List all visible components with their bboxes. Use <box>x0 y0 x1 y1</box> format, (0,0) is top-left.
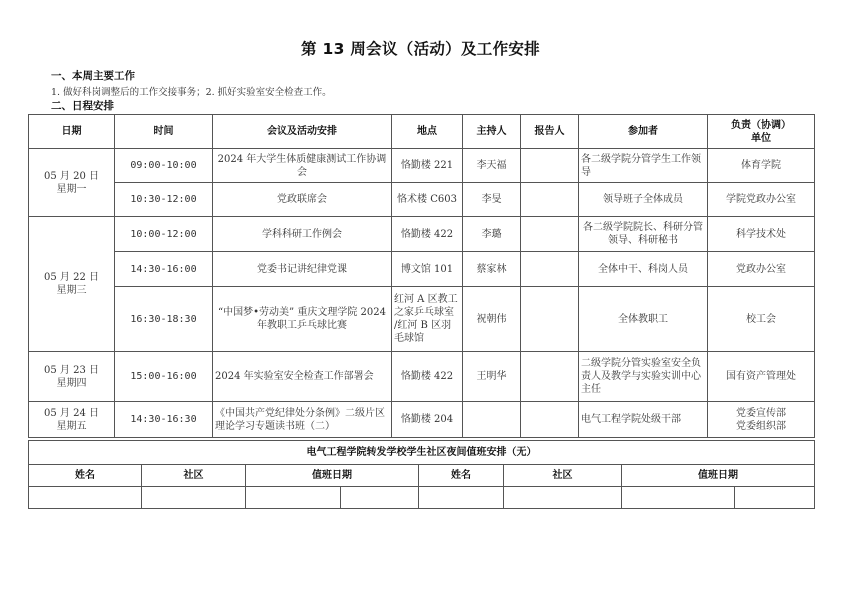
attendees-cell: 全体教职工 <box>579 287 708 352</box>
night-duty-table: 电气工程学院转发学校学生社区夜间值班安排（无） 姓名 社区 值班日期 姓名 社区… <box>28 440 815 509</box>
host-cell: 李旻 <box>463 183 521 217</box>
attendees-cell: 全体中干、科岗人员 <box>579 252 708 287</box>
duty-header-row: 姓名 社区 值班日期 姓名 社区 值班日期 <box>29 465 815 487</box>
duty-cell <box>29 487 142 509</box>
attendees-cell: 二级学院分管实验室安全负责人及教学与实验实训中心主任 <box>579 352 708 402</box>
duty-header-community: 社区 <box>504 465 622 487</box>
attendees-cell: 各二级学院院长、科研分管领导、科研秘书 <box>579 217 708 252</box>
header-time: 时间 <box>115 115 213 149</box>
reporter-cell <box>521 183 579 217</box>
header-place: 地点 <box>392 115 463 149</box>
duty-cell <box>735 487 815 509</box>
header-attendees: 参加者 <box>579 115 708 149</box>
owner-cell: 国有资产管理处 <box>708 352 815 402</box>
time-cell: 14:30-16:00 <box>115 252 213 287</box>
section-heading-main-work: 一、本周主要工作 <box>51 68 135 83</box>
main-work-text: 1. 做好科岗调整后的工作交接事务；2. 抓好实验室安全检查工作。 <box>51 84 332 98</box>
table-row: 10:30-12:00 党政联席会 恪术楼 C603 李旻 领导班子全体成员 学… <box>29 183 815 217</box>
event-cell: 《中国共产党纪律处分条例》二级片区理论学习专题读书班（二） <box>213 402 392 438</box>
table-row: 16:30-18:30 “中国梦•劳动美” 重庆文理学院 2024 年教职工乒乓… <box>29 287 815 352</box>
host-cell: 蔡家林 <box>463 252 521 287</box>
duty-header-date: 值班日期 <box>246 465 419 487</box>
event-cell: 党政联席会 <box>213 183 392 217</box>
time-cell: 10:30-12:00 <box>115 183 213 217</box>
place-cell: 恪勤楼 422 <box>392 352 463 402</box>
duty-cell <box>142 487 246 509</box>
time-cell: 09:00-10:00 <box>115 149 213 183</box>
attendees-cell: 领导班子全体成员 <box>579 183 708 217</box>
event-cell: “中国梦•劳动美” 重庆文理学院 2024 年教职工乒乓球比赛 <box>213 287 392 352</box>
duty-header-community: 社区 <box>142 465 246 487</box>
table-row: 05 月 20 日星期一 09:00-10:00 2024 年大学生体质健康测试… <box>29 149 815 183</box>
place-cell: 恪勤楼 221 <box>392 149 463 183</box>
duty-header-date: 值班日期 <box>622 465 815 487</box>
header-event: 会议及活动安排 <box>213 115 392 149</box>
date-cell: 05 月 22 日星期三 <box>29 217 115 352</box>
duty-header-name: 姓名 <box>419 465 504 487</box>
table-row: 05 月 23 日星期四 15:00-16:00 2024 年实验室安全检查工作… <box>29 352 815 402</box>
duty-cell <box>419 487 504 509</box>
event-cell: 学科科研工作例会 <box>213 217 392 252</box>
host-cell: 祝朝伟 <box>463 287 521 352</box>
place-cell: 恪勤楼 422 <box>392 217 463 252</box>
attendees-cell: 电气工程学院处级干部 <box>579 402 708 438</box>
duty-cell <box>341 487 419 509</box>
owner-cell: 体育学院 <box>708 149 815 183</box>
header-owner: 负责（协调）单位 <box>708 115 815 149</box>
reporter-cell <box>521 252 579 287</box>
header-date: 日期 <box>29 115 115 149</box>
owner-cell: 学院党政办公室 <box>708 183 815 217</box>
table-row: 05 月 24 日星期五 14:30-16:30 《中国共产党纪律处分条例》二级… <box>29 402 815 438</box>
event-cell: 2024 年实验室安全检查工作部署会 <box>213 352 392 402</box>
owner-cell: 校工会 <box>708 287 815 352</box>
place-cell: 恪勤楼 204 <box>392 402 463 438</box>
page-title: 第 13 周会议（活动）及工作安排 <box>0 37 841 59</box>
duty-cell <box>246 487 341 509</box>
time-cell: 14:30-16:30 <box>115 402 213 438</box>
duty-cell <box>504 487 622 509</box>
reporter-cell <box>521 217 579 252</box>
owner-cell: 科学技术处 <box>708 217 815 252</box>
date-cell: 05 月 20 日星期一 <box>29 149 115 217</box>
duty-empty-row <box>29 487 815 509</box>
duty-banner: 电气工程学院转发学校学生社区夜间值班安排（无） <box>29 441 815 465</box>
header-reporter: 报告人 <box>521 115 579 149</box>
schedule-table: 日期 时间 会议及活动安排 地点 主持人 报告人 参加者 负责（协调）单位 05… <box>28 114 815 438</box>
reporter-cell <box>521 287 579 352</box>
reporter-cell <box>521 352 579 402</box>
place-cell: 博文馆 101 <box>392 252 463 287</box>
owner-cell: 党委宣传部党委组织部 <box>708 402 815 438</box>
time-cell: 10:00-12:00 <box>115 217 213 252</box>
event-cell: 党委书记讲纪律党课 <box>213 252 392 287</box>
header-host: 主持人 <box>463 115 521 149</box>
table-row: 14:30-16:00 党委书记讲纪律党课 博文馆 101 蔡家林 全体中干、科… <box>29 252 815 287</box>
time-cell: 15:00-16:00 <box>115 352 213 402</box>
host-cell: 李璐 <box>463 217 521 252</box>
duty-header-name: 姓名 <box>29 465 142 487</box>
place-cell: 恪术楼 C603 <box>392 183 463 217</box>
reporter-cell <box>521 149 579 183</box>
time-cell: 16:30-18:30 <box>115 287 213 352</box>
host-cell <box>463 402 521 438</box>
date-cell: 05 月 23 日星期四 <box>29 352 115 402</box>
table-header-row: 日期 时间 会议及活动安排 地点 主持人 报告人 参加者 负责（协调）单位 <box>29 115 815 149</box>
duty-banner-row: 电气工程学院转发学校学生社区夜间值班安排（无） <box>29 441 815 465</box>
date-cell: 05 月 24 日星期五 <box>29 402 115 438</box>
place-cell: 红河 A 区教工之家乒乓球室 /红河 B 区羽毛球馆 <box>392 287 463 352</box>
table-row: 05 月 22 日星期三 10:00-12:00 学科科研工作例会 恪勤楼 42… <box>29 217 815 252</box>
section-heading-schedule: 二、日程安排 <box>51 98 114 113</box>
reporter-cell <box>521 402 579 438</box>
duty-cell <box>622 487 735 509</box>
attendees-cell: 各二级学院分管学生工作领导 <box>579 149 708 183</box>
host-cell: 王明华 <box>463 352 521 402</box>
host-cell: 李天福 <box>463 149 521 183</box>
owner-cell: 党政办公室 <box>708 252 815 287</box>
event-cell: 2024 年大学生体质健康测试工作协调会 <box>213 149 392 183</box>
